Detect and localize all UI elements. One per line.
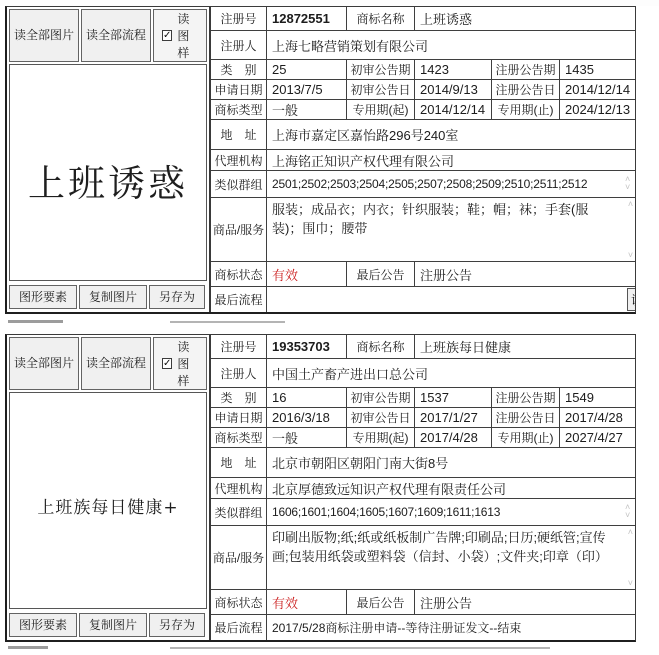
record-table: 注册号 19353703 商标名称 上班族每日健康 注册人 中国土产畜产进出口总… [211, 335, 635, 640]
read-all-images-button[interactable]: 读全部图片 [9, 337, 79, 390]
reg-notice-date-value: 2014/12/14 [560, 80, 635, 99]
read-all-images-button[interactable]: 读全部图片 [9, 9, 79, 62]
scroll-down-icon[interactable]: ˅ [628, 251, 633, 259]
image-pane: 读全部图片 读全部流程 ✓ 读图样 上班族每日健康+ 图形要素 复制图片 另存为 [7, 335, 211, 640]
category-label: 类 别 [211, 388, 267, 407]
app-window: 读全部图片 读全部流程 ✓ 读图样 上班诱惑 图形要素 复制图片 另存为 注册号… [0, 6, 659, 655]
read-sample-label: 读图样 [177, 338, 198, 389]
scroll-spinner: ˄ ˅ [625, 176, 630, 191]
reg-no-value: 19353703 [267, 335, 347, 358]
similar-group-label: 类似群组 [211, 171, 267, 197]
h-scrollbar-fragment[interactable] [8, 320, 63, 323]
table-row: 地 址 上海市嘉定区嘉怡路296号240室 [211, 120, 635, 150]
exclusive-to-label: 专用期(止) [492, 428, 560, 447]
table-row: 商标状态 有效 最后公告 注册公告 [211, 590, 635, 615]
last-process-value: 读取 [267, 287, 635, 312]
table-row: 类似群组 1606;1601;1604;1605;1607;1609;1611;… [211, 499, 635, 526]
goods-services-value: 印刷出版物;纸;纸或纸板制广告牌;印刷品;日历;硬纸管;宣传画;包装用纸袋或塑料… [267, 526, 635, 589]
panel-separator [0, 642, 659, 654]
agency-label: 代理机构 [211, 478, 267, 498]
panel-separator [0, 314, 659, 334]
table-row: 类似群组 2501;2502;2503;2504;2505;2507;2508;… [211, 171, 635, 198]
table-row: 商标类型 一般 专用期(起) 2017/4/28 专用期(止) 2027/4/2… [211, 428, 635, 448]
tm-status-value: 有效 [267, 262, 347, 286]
reg-notice-date-label: 注册公告日 [492, 408, 560, 427]
apply-date-value: 2013/7/5 [267, 80, 347, 99]
first-trial-date-value: 2017/1/27 [415, 408, 492, 427]
trademark-record-panel-1: 读全部图片 读全部流程 ✓ 读图样 上班诱惑 图形要素 复制图片 另存为 注册号… [5, 6, 636, 314]
category-label: 类 别 [211, 60, 267, 79]
first-trial-date-value: 2014/9/13 [415, 80, 492, 99]
exclusive-from-value: 2014/12/14 [415, 100, 492, 119]
address-label: 地 址 [211, 448, 267, 477]
similar-group-value: 1606;1601;1604;1605;1607;1609;1611;1613 … [267, 499, 635, 525]
scroll-up-icon[interactable]: ˄ [628, 528, 633, 536]
read-sample-label: 读图样 [177, 10, 198, 61]
agency-value: 上海铭正知识产权代理有限公司 [267, 150, 635, 170]
tm-type-value: 一般 [267, 100, 347, 119]
scroll-up-icon[interactable]: ˄ [628, 200, 633, 208]
scroll-down-icon[interactable]: ˅ [625, 184, 630, 192]
table-row: 申请日期 2013/7/5 初审公告日 2014/9/13 注册公告日 2014… [211, 80, 635, 100]
table-row: 商标状态 有效 最后公告 注册公告 [211, 262, 635, 287]
goods-services-value: 服装；成品衣；内衣；针织服装；鞋；帽；袜；手套(服装)；围巾；腰带 ˄ ˅ [267, 198, 635, 261]
goods-services-text: 印刷出版物;纸;纸或纸板制广告牌;印刷品;日历;硬纸管;宣传画;包装用纸袋或塑料… [272, 529, 630, 567]
similar-group-text: 2501;2502;2503;2504;2505;2507;2508;2509;… [272, 177, 587, 191]
h-scrollbar-fragment[interactable] [8, 646, 48, 649]
exclusive-from-value: 2017/4/28 [415, 428, 492, 447]
scroll-down-icon[interactable]: ˅ [628, 579, 633, 587]
first-trial-date-label: 初审公告日 [347, 80, 415, 99]
graphic-elements-button[interactable]: 图形要素 [9, 613, 77, 637]
last-notice-value: 注册公告 [415, 262, 635, 286]
first-trial-period-label: 初审公告期 [347, 60, 415, 79]
first-trial-date-label: 初审公告日 [347, 408, 415, 427]
last-notice-label: 最后公告 [347, 262, 415, 286]
read-sample-checkbox-group[interactable]: ✓ 读图样 [153, 9, 207, 62]
reg-no-label: 注册号 [211, 335, 267, 358]
table-row: 注册人 上海七略营销策划有限公司 [211, 31, 635, 60]
category-value: 25 [267, 60, 347, 79]
trademark-image: 上班族每日健康+ [9, 392, 207, 609]
record-table: 注册号 12872551 商标名称 上班诱惑 注册人 上海七略营销策划有限公司 … [211, 7, 635, 312]
exclusive-from-label: 专用期(起) [347, 100, 415, 119]
similar-group-text: 1606;1601;1604;1605;1607;1609;1611;1613 [272, 505, 500, 519]
scrollbar-vertical[interactable]: ˄ ˅ [628, 528, 633, 587]
similar-group-value: 2501;2502;2503;2504;2505;2507;2508;2509;… [267, 171, 635, 197]
apply-date-label: 申请日期 [211, 80, 267, 99]
tm-status-label: 商标状态 [211, 590, 267, 614]
table-row: 地 址 北京市朝阳区朝阳门南大街8号 [211, 448, 635, 478]
image-pane: 读全部图片 读全部流程 ✓ 读图样 上班诱惑 图形要素 复制图片 另存为 [7, 7, 211, 312]
tm-name-label: 商标名称 [347, 7, 415, 30]
address-value: 上海市嘉定区嘉怡路296号240室 [267, 120, 635, 149]
scrollbar-vertical[interactable]: ˄ ˅ [628, 200, 633, 259]
registrant-value: 中国土产畜产进出口总公司 [267, 359, 635, 387]
category-value: 16 [267, 388, 347, 407]
copy-image-button[interactable]: 复制图片 [79, 613, 147, 637]
copy-image-button[interactable]: 复制图片 [79, 285, 147, 309]
last-notice-label: 最后公告 [347, 590, 415, 614]
table-row: 注册人 中国土产畜产进出口总公司 [211, 359, 635, 388]
read-button[interactable]: 读取 [627, 288, 635, 311]
exclusive-to-value: 2027/4/27 [560, 428, 635, 447]
table-row: 商品/服务 印刷出版物;纸;纸或纸板制广告牌;印刷品;日历;硬纸管;宣传画;包装… [211, 526, 635, 590]
reg-notice-period-label: 注册公告期 [492, 388, 560, 407]
trademark-image: 上班诱惑 [9, 64, 207, 281]
reg-no-label: 注册号 [211, 7, 267, 30]
save-as-button[interactable]: 另存为 [149, 613, 205, 637]
exclusive-to-value: 2024/12/13 [560, 100, 635, 119]
table-row: 申请日期 2016/3/18 初审公告日 2017/1/27 注册公告日 201… [211, 408, 635, 428]
tm-name-value: 上班诱惑 [415, 7, 635, 30]
agency-value: 北京厚德致远知识产权代理有限责任公司 [267, 478, 635, 498]
scroll-down-icon[interactable]: ˅ [625, 512, 630, 520]
table-row: 商品/服务 服装；成品衣；内衣；针织服装；鞋；帽；袜；手套(服装)；围巾；腰带 … [211, 198, 635, 262]
reg-notice-period-value: 1435 [560, 60, 635, 79]
first-trial-period-label: 初审公告期 [347, 388, 415, 407]
trademark-image-text: 上班族每日健康+ [37, 393, 178, 608]
reg-no-value: 12872551 [267, 7, 347, 30]
tm-type-label: 商标类型 [211, 428, 267, 447]
address-value: 北京市朝阳区朝阳门南大街8号 [267, 448, 635, 477]
h-scrollbar-fragment[interactable] [170, 321, 285, 323]
read-all-process-button[interactable]: 读全部流程 [81, 337, 151, 390]
apply-date-value: 2016/3/18 [267, 408, 347, 427]
table-row: 类 别 25 初审公告期 1423 注册公告期 1435 [211, 60, 635, 80]
tm-name-value: 上班族每日健康 [415, 335, 635, 358]
tm-type-label: 商标类型 [211, 100, 267, 119]
save-as-button[interactable]: 另存为 [149, 285, 205, 309]
first-trial-period-value: 1537 [415, 388, 492, 407]
checkbox-checked-icon[interactable]: ✓ [162, 30, 172, 41]
reg-notice-period-value: 1549 [560, 388, 635, 407]
reg-notice-date-label: 注册公告日 [492, 80, 560, 99]
read-all-process-button[interactable]: 读全部流程 [81, 9, 151, 62]
table-row: 类 别 16 初审公告期 1537 注册公告期 1549 [211, 388, 635, 408]
apply-date-label: 申请日期 [211, 408, 267, 427]
registrant-value: 上海七略营销策划有限公司 [267, 31, 635, 59]
trademark-record-panel-2: 读全部图片 读全部流程 ✓ 读图样 上班族每日健康+ 图形要素 复制图片 另存为… [5, 334, 636, 642]
last-notice-value: 注册公告 [415, 590, 635, 614]
checkbox-checked-icon[interactable]: ✓ [162, 358, 172, 369]
tm-name-label: 商标名称 [347, 335, 415, 358]
reg-notice-period-label: 注册公告期 [492, 60, 560, 79]
first-trial-period-value: 1423 [415, 60, 492, 79]
goods-services-text: 服装；成品衣；内衣；针织服装；鞋；帽；袜；手套(服装)；围巾；腰带 [272, 201, 630, 239]
agency-label: 代理机构 [211, 150, 267, 170]
goods-services-label: 商品/服务 [211, 198, 267, 261]
table-row: 注册号 19353703 商标名称 上班族每日健康 [211, 335, 635, 359]
scroll-spinner: ˄ ˅ [625, 504, 630, 519]
similar-group-label: 类似群组 [211, 499, 267, 525]
last-process-value: 2017/5/28商标注册申请--等待注册证发文--结束 [267, 615, 635, 640]
h-scrollbar-fragment[interactable] [170, 647, 550, 649]
table-row: 商标类型 一般 专用期(起) 2014/12/14 专用期(止) 2024/12… [211, 100, 635, 120]
graphic-elements-button[interactable]: 图形要素 [9, 285, 77, 309]
table-row: 代理机构 上海铭正知识产权代理有限公司 [211, 150, 635, 171]
read-sample-checkbox-group[interactable]: ✓ 读图样 [153, 337, 207, 390]
trademark-image-text: 上班诱惑 [28, 65, 188, 280]
exclusive-from-label: 专用期(起) [347, 428, 415, 447]
reg-notice-date-value: 2017/4/28 [560, 408, 635, 427]
tm-status-label: 商标状态 [211, 262, 267, 286]
table-row: 最后流程 读取 [211, 287, 635, 312]
goods-services-label: 商品/服务 [211, 526, 267, 589]
registrant-label: 注册人 [211, 359, 267, 387]
tm-status-value: 有效 [267, 590, 347, 614]
registrant-label: 注册人 [211, 31, 267, 59]
table-row: 注册号 12872551 商标名称 上班诱惑 [211, 7, 635, 31]
exclusive-to-label: 专用期(止) [492, 100, 560, 119]
last-process-label: 最后流程 [211, 287, 267, 312]
last-process-label: 最后流程 [211, 615, 267, 640]
table-row: 最后流程 2017/5/28商标注册申请--等待注册证发文--结束 [211, 615, 635, 640]
tm-type-value: 一般 [267, 428, 347, 447]
table-row: 代理机构 北京厚德致远知识产权代理有限责任公司 [211, 478, 635, 499]
address-label: 地 址 [211, 120, 267, 149]
